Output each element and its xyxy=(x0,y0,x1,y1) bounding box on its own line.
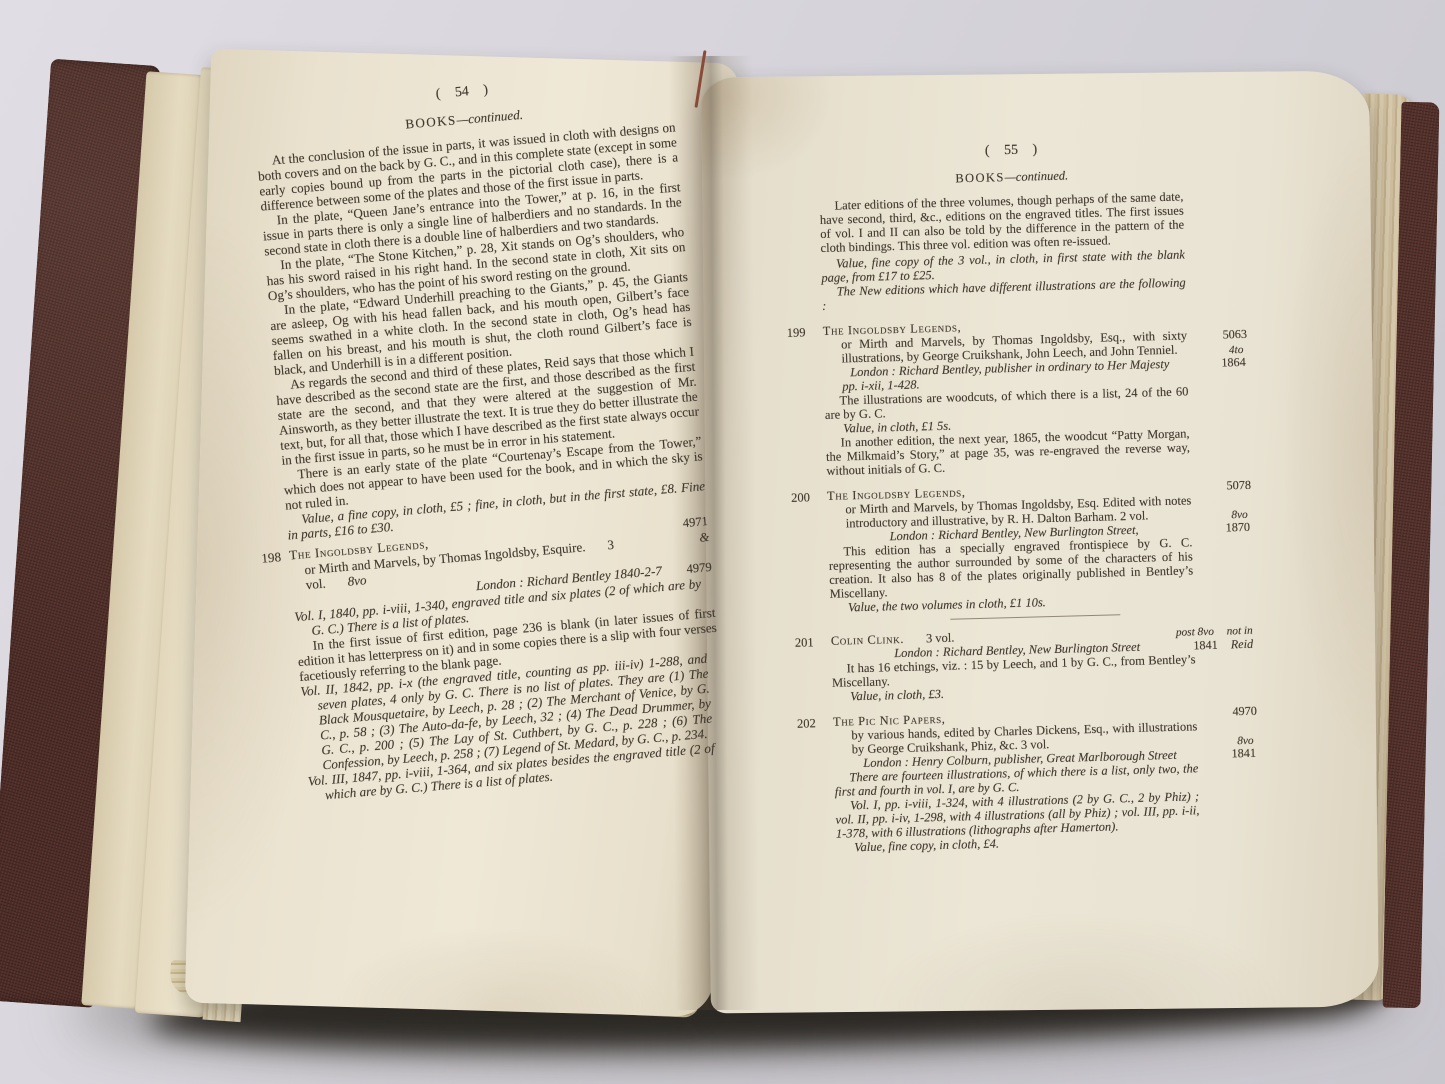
catalog-item-200: 200 5078 The Ingoldsby Legends, or Mirth… xyxy=(789,478,1254,624)
format-label: post 8vo xyxy=(1176,626,1214,639)
reference-number: 4970 xyxy=(1232,704,1257,719)
separator-rule xyxy=(950,614,1120,619)
section-header-55: BOOKS—continued. xyxy=(781,164,1243,190)
page-54-text: ( 54 ) BOOKS—continued. At the conclusio… xyxy=(252,68,728,804)
item-number: 200 xyxy=(791,490,810,504)
format-label: 8vo xyxy=(347,572,367,588)
books-label: BOOKS xyxy=(955,170,1005,185)
format-year-box: 8vo 1870 xyxy=(1225,520,1250,535)
year-label: 1841 xyxy=(1193,638,1218,653)
continued-label: —continued. xyxy=(1005,168,1069,184)
books-label: BOOKS xyxy=(405,112,457,131)
format-year-box: 8vo 1841 xyxy=(1231,746,1256,761)
catalog-item-198: 198 The Ingoldsby Legends, 4971 or Mirth… xyxy=(289,513,729,804)
format-year-box: 4to 1864 xyxy=(1221,355,1246,370)
item-number: 202 xyxy=(797,716,816,730)
format-label: 8vo xyxy=(1231,508,1248,522)
format-label: 4to xyxy=(1229,343,1244,357)
reference-number: 5078 xyxy=(1226,478,1251,493)
book-photo: ( 54 ) BOOKS—continued. At the conclusio… xyxy=(0,0,1445,1084)
catalog-item-199: 199 5063 The Ingoldsby Legends, or Mirth… xyxy=(785,313,1251,479)
format-label: 8vo xyxy=(1237,734,1254,748)
volume-count: 3 vol. xyxy=(926,631,955,646)
reference-ampersand: & xyxy=(663,530,710,549)
item-note: This edition has a specially engraved fr… xyxy=(828,535,1193,601)
catalog-item-201: 201 Colin Clink. 3 vol. post 8vo not in … xyxy=(793,623,1257,705)
not-in-label: not in xyxy=(1227,625,1253,638)
year-reid-box: 1841 Reid xyxy=(1193,637,1253,653)
intro-paragraph: Later editions of the three volumes, tho… xyxy=(819,189,1184,255)
reid-label: Reid xyxy=(1231,637,1254,652)
item-note-2: In another edition, the next year, 1865,… xyxy=(825,426,1190,478)
catalog-item-202: 202 4970 The Pic Nic Papers, by various … xyxy=(795,704,1261,856)
page-55-intro-block: Later editions of the three volumes, tho… xyxy=(781,188,1246,314)
page-55-text: ( 55 ) BOOKS—continued. Later editions o… xyxy=(780,138,1260,856)
reference-number: 5063 xyxy=(1222,327,1247,342)
item-number: 201 xyxy=(795,635,814,649)
item-number: 199 xyxy=(787,325,806,339)
continued-label: —continued. xyxy=(456,107,524,127)
item-number: 198 xyxy=(261,549,282,566)
